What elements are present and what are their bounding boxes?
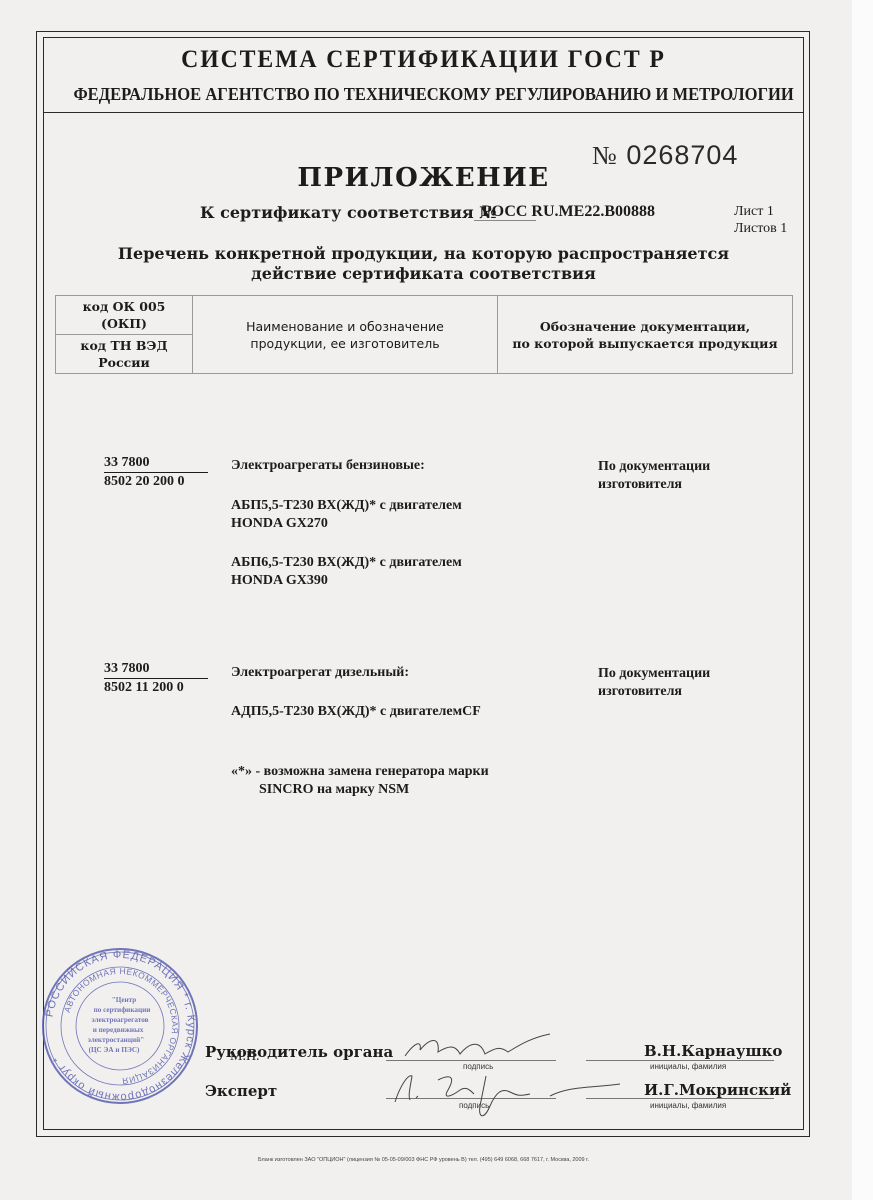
stamp-center-line-3: электроагрегатов: [92, 1016, 149, 1024]
product-2-doc-line-1: По документации: [598, 665, 710, 683]
product-2-code-tnved: 8502 11 200 0: [104, 679, 208, 696]
product-1-item-1-line-2: HONDA GX270: [231, 515, 462, 533]
column-documentation: Обозначение документации, по которой вып…: [498, 296, 793, 374]
organization-stamp: РОССИЙСКАЯ ФЕДЕРАЦИЯ * г. Курск Железнод…: [40, 946, 200, 1106]
system-title: СИСТЕМА СЕРТИФИКАЦИИ ГОСТ Р: [62, 46, 785, 74]
column-product-name-line-2: продукции, ее изготовитель: [197, 335, 493, 352]
column-product-name: Наименование и обозначение продукции, ее…: [193, 296, 498, 374]
column-documentation-line-1: Обозначение документации,: [502, 318, 788, 335]
column-code-tnved: код ТН ВЭД России: [56, 335, 193, 374]
column-documentation-line-2: по которой выпускается продукция: [502, 335, 788, 352]
sheet-number: Лист 1: [734, 203, 787, 220]
product-2-item-1: АДП5,5-Т230 ВХ(ЖД)* с двигателемCF: [231, 704, 481, 720]
column-product-name-line-1: Наименование и обозначение: [197, 318, 493, 335]
agency-title: ФЕДЕРАЛЬНОЕ АГЕНТСТВО ПО ТЕХНИЧЕСКОМУ РЕ…: [73, 84, 773, 105]
product-1-documentation: По документации изготовителя: [598, 458, 710, 494]
list-title-line-2: действие сертификата соответствия: [43, 264, 804, 284]
head-name: В.Н.Карнаушко: [644, 1042, 782, 1060]
stamp-center-line-6: (ЦС ЭА и ПЭС): [89, 1046, 140, 1054]
product-1-item-2: АБП6,5-Т230 ВХ(ЖД)* с двигателем HONDA G…: [231, 554, 462, 590]
sheet-info: Лист 1 Листов 1: [734, 203, 787, 237]
head-name-caption: инициалы, фамилия: [650, 1062, 726, 1071]
product-1-group: Электроагрегаты бензиновые:: [231, 458, 425, 474]
product-1-doc-line-2: изготовителя: [598, 476, 710, 494]
footnote: «*» - возможна замена генератора марки S…: [231, 763, 489, 799]
product-1-code-tnved: 8502 20 200 0: [104, 473, 208, 490]
stamp-center-line-1: "Центр: [112, 996, 137, 1004]
column-code-okp: код ОК 005 (ОКП): [56, 296, 193, 335]
appendix-title: ПРИЛОЖЕНИЕ: [43, 163, 804, 193]
stamp-center-line-5: электростанций": [88, 1036, 145, 1044]
product-1-item-2-line-2: HONDA GX390: [231, 572, 462, 590]
product-2-code-okp: 33 7800: [104, 660, 208, 679]
head-name-line: [586, 1060, 774, 1061]
product-1-doc-line-1: По документации: [598, 458, 710, 476]
product-2-codes: 33 7800 8502 11 200 0: [104, 660, 208, 696]
sheets-total: Листов 1: [734, 220, 787, 237]
expert-role-label: Эксперт: [205, 1082, 277, 1100]
expert-name-caption: инициалы, фамилия: [650, 1101, 726, 1110]
certificate-label: К сертификату соответствия №: [200, 203, 497, 222]
scan-margin: [852, 0, 873, 1200]
stamp-center-line-4: и передвижных: [93, 1026, 144, 1034]
product-1-item-2-line-1: АБП6,5-Т230 ВХ(ЖД)* с двигателем: [231, 554, 462, 572]
expert-signature: [390, 1066, 630, 1122]
head-role-label: Руководитель органа: [205, 1043, 393, 1061]
product-1-item-1: АБП5,5-Т230 ВХ(ЖД)* с двигателем HONDA G…: [231, 497, 462, 533]
head-signature: [400, 1032, 560, 1064]
product-2-documentation: По документации изготовителя: [598, 665, 710, 701]
expert-signature-caption: подпись: [459, 1101, 489, 1110]
column-header-table: код ОК 005 (ОКП) Наименование и обозначе…: [55, 295, 793, 374]
product-list-title: Перечень конкретной продукции, на котору…: [43, 244, 804, 284]
list-title-line-1: Перечень конкретной продукции, на котору…: [43, 244, 804, 264]
product-2-group: Электроагрегат дизельный:: [231, 665, 409, 681]
product-1-code-okp: 33 7800: [104, 454, 208, 473]
product-1-codes: 33 7800 8502 20 200 0: [104, 454, 208, 490]
product-1-item-1-line-1: АБП5,5-Т230 ВХ(ЖД)* с двигателем: [231, 497, 462, 515]
product-2-doc-line-2: изготовителя: [598, 683, 710, 701]
footnote-line-2: SINCRO на марку NSM: [231, 781, 489, 799]
expert-name: И.Г.Мокринский: [644, 1081, 791, 1099]
header-divider: [43, 112, 804, 113]
footnote-line-1: «*» - возможна замена генератора марки: [231, 763, 489, 781]
certificate-number: РОСС RU.МЕ22.В00888: [482, 203, 655, 221]
stamp-center-line-2: по сертификации: [94, 1006, 151, 1014]
printer-imprint: Бланк изготовлен ЗАО "ОПЦИОН" (лицензия …: [43, 1157, 804, 1163]
